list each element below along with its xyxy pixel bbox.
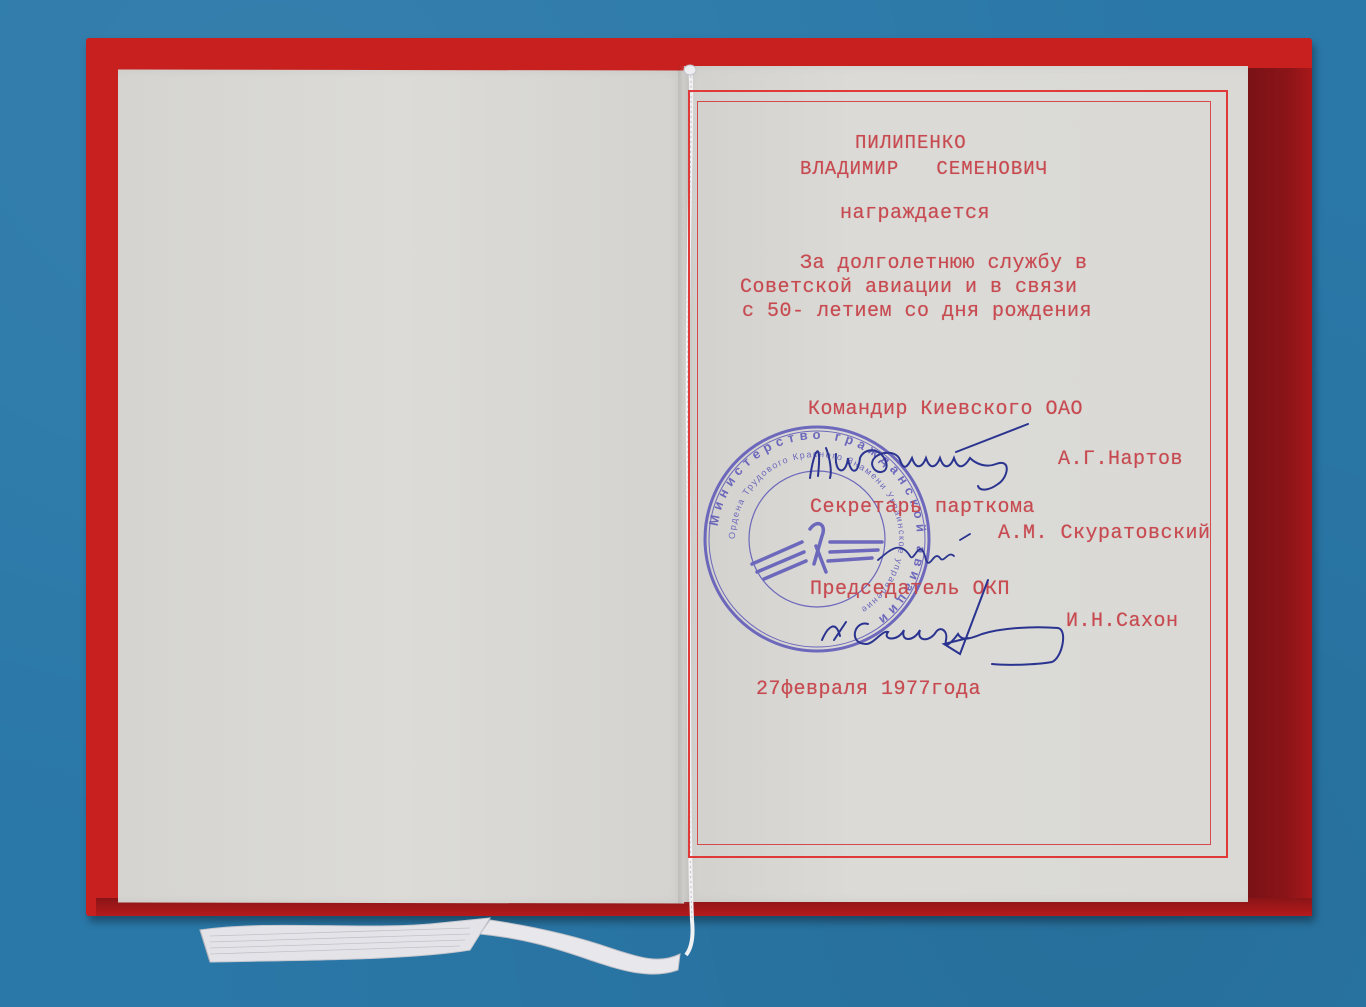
- award-reason-line: За долголетнюю службу в: [800, 254, 1088, 274]
- signature-icon: [812, 570, 1072, 670]
- left-page: [118, 70, 684, 904]
- cover-edge-right: [1248, 68, 1312, 916]
- award-reason-line: с 50- летием со дня рождения: [742, 302, 1092, 322]
- signatory-name: И.Н.Сахон: [1066, 612, 1179, 632]
- awarded-label: награждается: [840, 204, 990, 224]
- signatory-name: А.М. Скуратовский: [998, 524, 1211, 544]
- signatory-name: А.Г.Нартов: [1058, 450, 1183, 470]
- issue-date: 27февраля 1977года: [756, 680, 981, 700]
- signatory-role: Секретарь парткома: [810, 498, 1035, 518]
- recipient-name-patronymic: ВЛАДИМИР СЕМЕНОВИЧ: [800, 160, 1048, 179]
- recipient-surname: ПИЛИПЕНКО: [855, 134, 967, 153]
- signatory-role: Командир Киевского ОАО: [808, 400, 1083, 420]
- ribbon-tassel-icon: [190, 900, 710, 990]
- signature-icon: [800, 418, 1040, 498]
- award-reason-line: Советской авиации и в связи: [740, 278, 1078, 298]
